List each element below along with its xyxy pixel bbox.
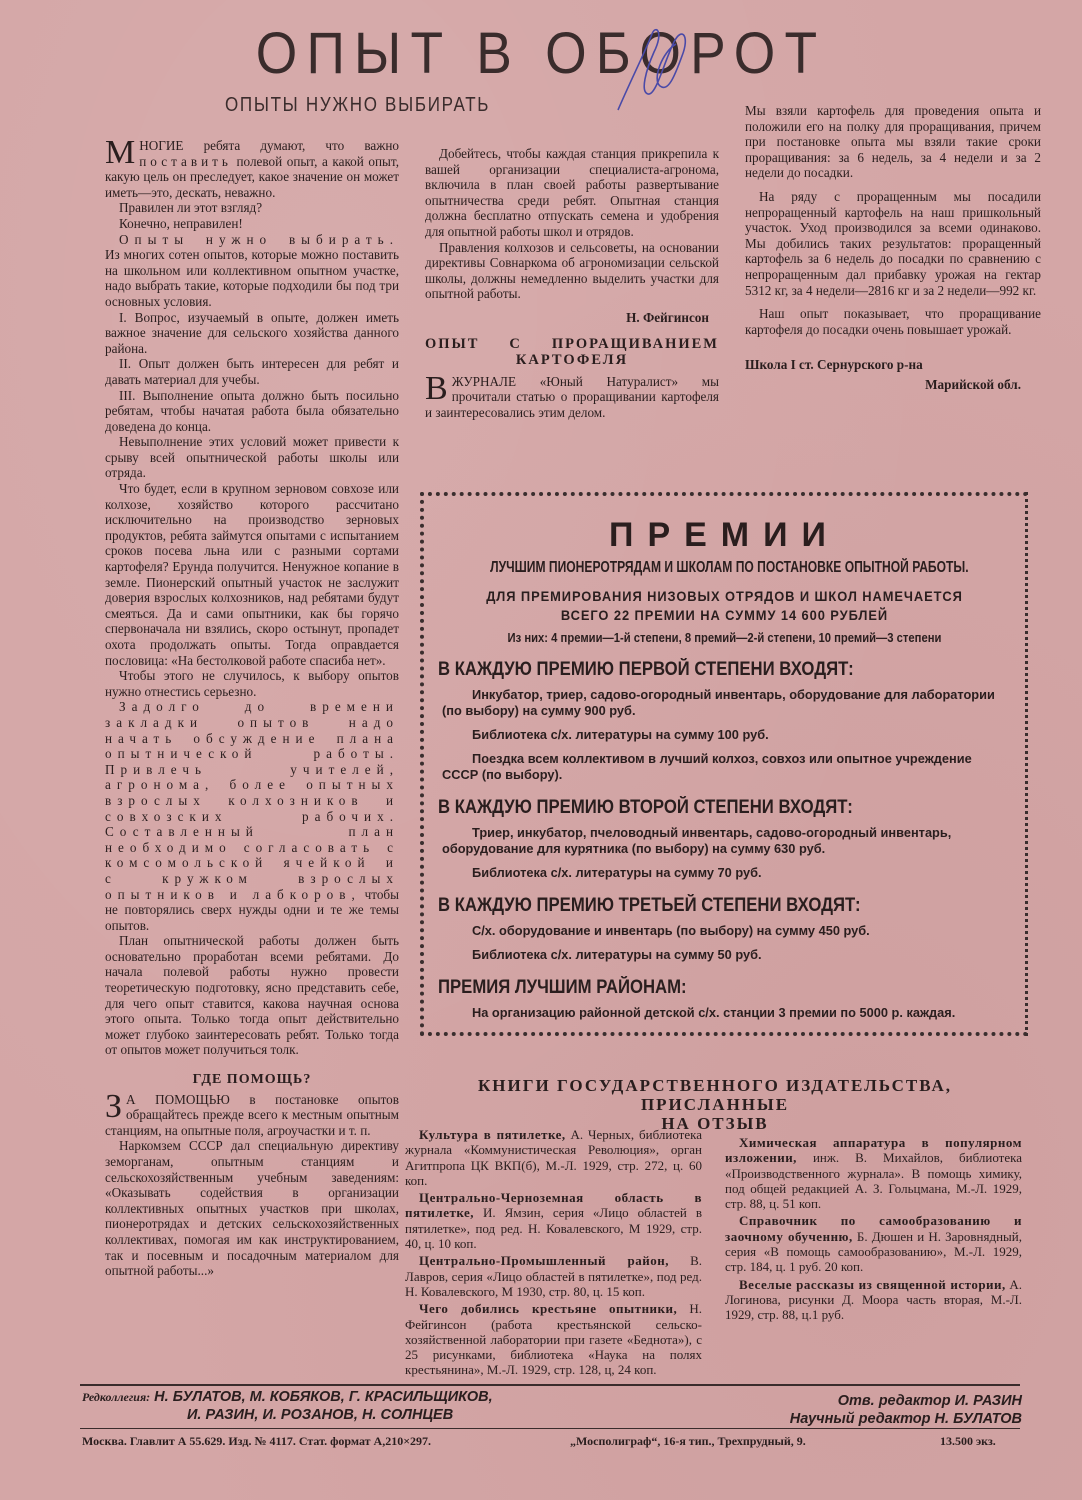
- paragraph: Мы взяли картофель для проведения опыта …: [745, 103, 1041, 181]
- masthead-title: ОПЫТ В ОБОРОТ: [43, 20, 1038, 87]
- book-title: Веселые рассказы из священной истории,: [739, 1277, 1006, 1292]
- paragraph: План опытнической работы должен быть осн…: [105, 933, 399, 1058]
- book-entry: Центрально-Черноземная область в пятилет…: [405, 1190, 702, 1251]
- paragraph: Задолго до времени закладки опытов надо …: [105, 699, 399, 933]
- books-column-left: Культура в пятилетке, А. Черных, библиот…: [405, 1127, 702, 1380]
- article-title-choose-experiments: ОПЫТЫ НУЖНО ВЫБИРАТЬ: [225, 94, 490, 117]
- book-entry: Центрально-Промышленный район, В. Лавров…: [405, 1253, 702, 1299]
- paragraph: Опыты нужно выбирать. Из многих сотен оп…: [105, 232, 399, 310]
- article-choose-experiments: МНОГИЕ ребята думают, что важно поставит…: [105, 138, 399, 1279]
- article-title-potato: ОПЫТ С ПРОРАЩИВАНИЕМ КАРТОФЕЛЯ: [425, 336, 719, 368]
- paragraph: Что будет, если в крупном зерновом совхо…: [105, 481, 399, 668]
- spaced-text: Задолго до времени закладки опытов надо …: [105, 699, 399, 901]
- dropcap: В: [425, 376, 448, 402]
- footer-divider-bottom: [80, 1428, 1020, 1429]
- spaced-text: Опыты нужно выбирать.: [119, 232, 399, 247]
- prizes-subtitle: ЛУЧШИМ ПИОНЕРОТРЯДАМ И ШКОЛАМ ПО ПОСТАНО…: [490, 559, 959, 577]
- editorial-board-names: И. РАЗИН, И. РОЗАНОВ, Н. СОЛНЦЕВ: [82, 1406, 642, 1424]
- paragraph: Наркомзем СССР дал специальную директиву…: [105, 1138, 399, 1278]
- paragraph-text: ребята думают, что важно: [184, 138, 400, 153]
- book-title: Культура в пятилетке,: [419, 1127, 566, 1142]
- editorial-board-label: Редколлегия:: [82, 1390, 150, 1404]
- school-signature-line1: Школа I ст. Сернурского р-на: [745, 357, 1041, 373]
- responsible-editor: Отв. редактор И. РАЗИН: [700, 1392, 1022, 1410]
- second-degree-heading: В КАЖДУЮ ПРЕМИЮ ВТОРОЙ СТЕПЕНИ ВХОДЯТ:: [438, 797, 955, 819]
- paragraph: Добейтесь, чтобы каждая станция прикрепи…: [425, 146, 719, 240]
- editorial-board-names: Н. БУЛАТОВ, М. КОБЯКОВ, Г. КРАСИЛЬЩИКОВ,: [154, 1389, 493, 1405]
- second-degree-item: Триер, инкубатор, пчеловодный инвентарь,…: [442, 825, 1007, 857]
- paragraph: II. Опыт должен быть интересен для ребят…: [105, 356, 399, 387]
- prizes-announcement-box: ПРЕМИИ ЛУЧШИМ ПИОНЕРОТРЯДАМ И ШКОЛАМ ПО …: [420, 492, 1028, 1036]
- dropcap: М: [105, 140, 135, 166]
- paragraph: III. Выполнение опыта должно быть посиль…: [105, 388, 399, 435]
- paragraph: Наш опыт показывает, что проращивание ка…: [745, 306, 1041, 337]
- books-column-right: Химическая аппаратура в популярном излож…: [725, 1135, 1022, 1325]
- imprint-left: Москва. Главлит А 55.629. Изд. № 4117. С…: [82, 1434, 431, 1449]
- paragraph: Конечно, неправилен!: [105, 216, 399, 232]
- scientific-editor: Научный редактор Н. БУЛАТОВ: [700, 1410, 1022, 1428]
- prizes-breakdown: Из них: 4 премии—1-й степени, 8 премий—2…: [454, 631, 995, 645]
- imprint-circulation: 13.500 экз.: [940, 1434, 996, 1449]
- article-potato-continued: Мы взяли картофель для проведения опыта …: [745, 103, 1041, 393]
- footer-divider-top: [80, 1384, 1020, 1386]
- imprint-printer: „Мосполиграф“, 16-я тип., Трехпрудный, 9…: [570, 1434, 806, 1449]
- second-degree-item: Библиотека с/х. литературы на сумму 70 р…: [442, 865, 1007, 881]
- handwritten-signature-icon: [590, 22, 710, 122]
- author-signature: Н. Фейгинсон: [425, 310, 709, 326]
- prizes-intro-line: ВСЕГО 22 ПРЕМИИ НА СУММУ 14 600 РУБЛЕЙ: [448, 606, 1001, 625]
- lead-word: А ПОМОЩЬЮ: [126, 1092, 230, 1107]
- first-degree-item: Поездка всем коллективом в лучший колхоз…: [442, 751, 1007, 783]
- spaced-text: поставить: [139, 154, 232, 169]
- paragraph: I. Вопрос, изучаемый в опыте, должен име…: [105, 310, 399, 357]
- paragraph-text: Из многих сотен опытов, которые можно по…: [105, 247, 399, 309]
- third-degree-item: Библиотека с/х. литературы на сумму 50 р…: [442, 947, 1007, 963]
- prizes-intro: ДЛЯ ПРЕМИРОВАНИЯ НИЗОВЫХ ОТРЯДОВ И ШКОЛ …: [448, 587, 1001, 625]
- third-degree-item: С/х. оборудование и инвентарь (по выбору…: [442, 923, 1007, 939]
- book-entry: Культура в пятилетке, А. Черных, библиот…: [405, 1127, 702, 1188]
- paragraph: Невыполнение этих условий может привести…: [105, 434, 399, 481]
- paragraph: На ряду с проращенным мы посадили непрор…: [745, 189, 1041, 298]
- district-prize-heading: ПРЕМИЯ ЛУЧШИМ РАЙОНАМ:: [438, 977, 955, 999]
- first-degree-item: Библиотека с/х. литературы на сумму 100 …: [442, 727, 1007, 743]
- prizes-intro-line: ДЛЯ ПРЕМИРОВАНИЯ НИЗОВЫХ ОТРЯДОВ И ШКОЛ …: [448, 587, 1001, 606]
- first-degree-heading: В КАЖДУЮ ПРЕМИЮ ПЕРВОЙ СТЕПЕНИ ВХОДЯТ:: [438, 659, 955, 681]
- books-section-title: КНИГИ ГОСУДАРСТВЕННОГО ИЗДАТЕЛЬСТВА, ПРИ…: [405, 1076, 1025, 1133]
- first-degree-item: Инкубатор, триер, садово-огородный инвен…: [442, 687, 1007, 719]
- paragraph: Чтобы этого не случилось, к выбору опыто…: [105, 668, 399, 699]
- book-entry: Справочник по самообразованию и заочному…: [725, 1213, 1022, 1274]
- dropcap: З: [105, 1094, 122, 1120]
- book-title: Чего добились крестьяне опытники,: [419, 1301, 677, 1316]
- paragraph: Правилен ли этот взгляд?: [105, 200, 399, 216]
- book-entry: Веселые рассказы из священной истории, А…: [725, 1277, 1022, 1323]
- prizes-title: ПРЕМИИ: [424, 516, 1025, 555]
- article-where-help-continued: Добейтесь, чтобы каждая станция прикрепи…: [425, 146, 719, 420]
- editorial-board: Редколлегия: Н. БУЛАТОВ, М. КОБЯКОВ, Г. …: [82, 1388, 642, 1424]
- book-entry: Чего добились крестьяне опытники, Н. Фей…: [405, 1301, 702, 1377]
- lead-word: НОГИЕ: [139, 138, 183, 153]
- third-degree-heading: В КАЖДУЮ ПРЕМИЮ ТРЕТЬЕЙ СТЕПЕНИ ВХОДЯТ:: [438, 895, 955, 917]
- section-title-where-help: ГДЕ ПОМОЩЬ?: [105, 1072, 399, 1088]
- editors: Отв. редактор И. РАЗИН Научный редактор …: [700, 1392, 1022, 1428]
- paragraph: Правления колхозов и сельсоветы, на осно…: [425, 240, 719, 302]
- school-signature-line2: Марийской обл.: [745, 377, 1021, 393]
- books-title-line: КНИГИ ГОСУДАРСТВЕННОГО ИЗДАТЕЛЬСТВА, ПРИ…: [405, 1076, 1025, 1114]
- book-entry: Химическая аппаратура в популярном излож…: [725, 1135, 1022, 1211]
- book-title: Центрально-Промышленный район,: [419, 1253, 669, 1268]
- lead-word: ЖУРНАЛЕ: [452, 374, 516, 389]
- district-prize-item: На организацию районной детской с/х. ста…: [442, 1005, 1007, 1021]
